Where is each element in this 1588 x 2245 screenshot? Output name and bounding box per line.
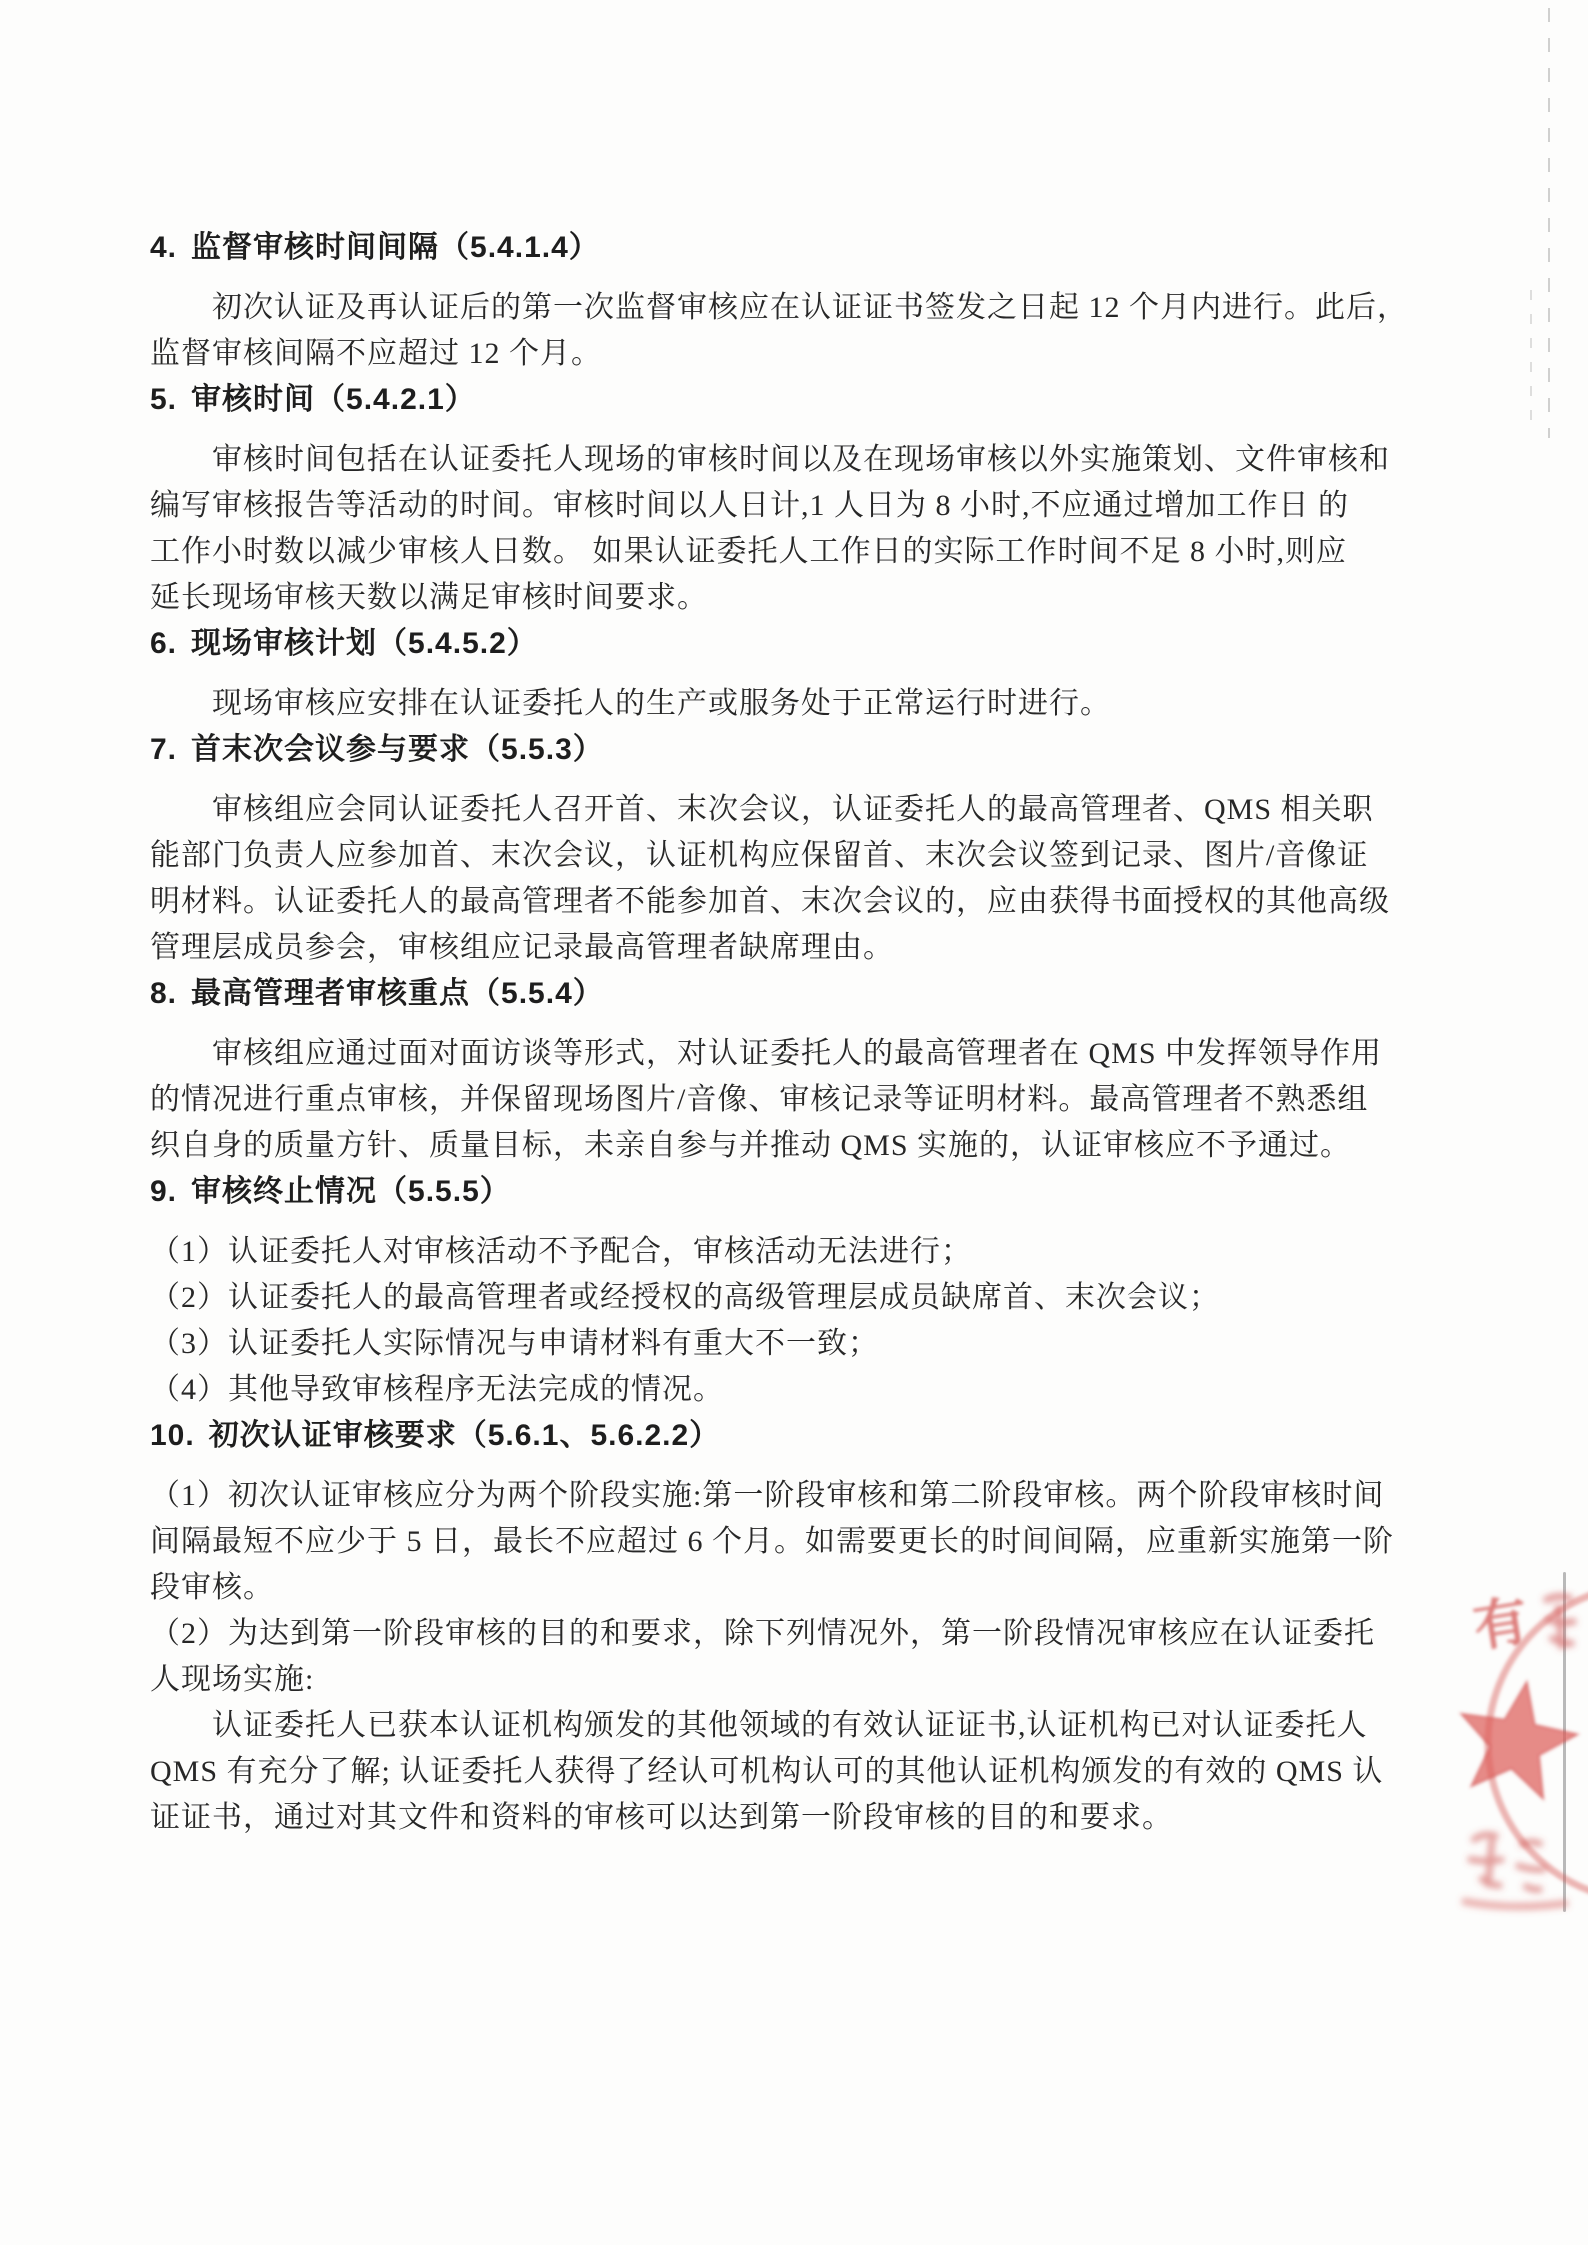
section-title: 监督审核时间间隔（5.4.1.4） bbox=[191, 231, 600, 264]
text-line: 明材料。认证委托人的最高管理者不能参加首、末次会议的，应由获得书面授权的其他高级 bbox=[150, 879, 1428, 925]
text-line: （2）为达到第一阶段审核的目的和要求，除下列情况外，第一阶段情况审核应在认证委托 bbox=[150, 1611, 1428, 1657]
section-heading: 8.最高管理者审核重点（5.5.4） bbox=[150, 971, 1428, 1017]
section: 9.审核终止情况（5.5.5）（1）认证委托人对审核活动不予配合，审核活动无法进… bbox=[150, 1169, 1428, 1413]
text-line: 审核组应会同认证委托人召开首、末次会议，认证委托人的最高管理者、QMS 相关职 bbox=[150, 787, 1428, 833]
section: 10.初次认证审核要求（5.6.1、5.6.2.2）（1）初次认证审核应分为两个… bbox=[150, 1413, 1428, 1841]
text-line: 证证书，通过对其文件和资料的审核可以达到第一阶段审核的目的和要求。 bbox=[150, 1795, 1428, 1841]
text-line: 人现场实施: bbox=[150, 1657, 1428, 1703]
text-line: 认证委托人已获本认证机构颁发的其他领域的有效认证证书,认证机构已对认证委托人 bbox=[150, 1703, 1428, 1749]
text-line: （4）其他导致审核程序无法完成的情况。 bbox=[150, 1367, 1428, 1413]
section: 5.审核时间（5.4.2.1）审核时间包括在认证委托人现场的审核时间以及在现场审… bbox=[150, 377, 1428, 621]
text-line: 工作小时数以减少审核人日数。 如果认证委托人工作日的实际工作时间不足 8 小时,… bbox=[150, 529, 1428, 575]
text-line: 间隔最短不应少于 5 日，最长不应超过 6 个月。如需要更长的时间间隔，应重新实… bbox=[150, 1519, 1428, 1565]
section: 6.现场审核计划（5.4.5.2）现场审核应安排在认证委托人的生产或服务处于正常… bbox=[150, 621, 1428, 727]
section-number: 4. bbox=[150, 225, 177, 271]
section-title: 现场审核计划（5.4.5.2） bbox=[191, 627, 538, 660]
section-title: 首末次会议参与要求（5.5.3） bbox=[191, 733, 604, 766]
text-line: 管理层成员参会，审核组应记录最高管理者缺席理由。 bbox=[150, 925, 1428, 971]
section-heading: 9.审核终止情况（5.5.5） bbox=[150, 1169, 1428, 1215]
section-heading: 7.首末次会议参与要求（5.5.3） bbox=[150, 727, 1428, 773]
section-title: 审核时间（5.4.2.1） bbox=[191, 383, 476, 416]
section: 8.最高管理者审核重点（5.5.4）审核组应通过面对面访谈等形式，对认证委托人的… bbox=[150, 971, 1428, 1169]
text-line: 审核时间包括在认证委托人现场的审核时间以及在现场审核以外实施策划、文件审核和 bbox=[150, 437, 1428, 483]
text-line: （2）认证委托人的最高管理者或经授权的高级管理层成员缺席首、末次会议； bbox=[150, 1275, 1428, 1321]
section-title: 最高管理者审核重点（5.5.4） bbox=[191, 977, 604, 1010]
text-line: （1）认证委托人对审核活动不予配合，审核活动无法进行； bbox=[150, 1229, 1428, 1275]
text-line: 现场审核应安排在认证委托人的生产或服务处于正常运行时进行。 bbox=[150, 681, 1428, 727]
text-line: 延长现场审核天数以满足审核时间要求。 bbox=[150, 575, 1428, 621]
section-title: 审核终止情况（5.5.5） bbox=[191, 1175, 511, 1208]
document-content: 4.监督审核时间间隔（5.4.1.4）初次认证及再认证后的第一次监督审核应在认证… bbox=[0, 0, 1588, 1841]
section-heading: 5.审核时间（5.4.2.1） bbox=[150, 377, 1428, 423]
section-heading: 6.现场审核计划（5.4.5.2） bbox=[150, 621, 1428, 667]
section-heading: 4.监督审核时间间隔（5.4.1.4） bbox=[150, 225, 1428, 271]
text-line: 审核组应通过面对面访谈等形式，对认证委托人的最高管理者在 QMS 中发挥领导作用 bbox=[150, 1031, 1428, 1077]
text-line: 织自身的质量方针、质量目标，未亲自参与并推动 QMS 实施的，认证审核应不予通过… bbox=[150, 1123, 1428, 1169]
section-number: 7. bbox=[150, 727, 177, 773]
text-line: （3）认证委托人实际情况与申请材料有重大不一致； bbox=[150, 1321, 1428, 1367]
section: 4.监督审核时间间隔（5.4.1.4）初次认证及再认证后的第一次监督审核应在认证… bbox=[150, 225, 1428, 377]
text-line: 初次认证及再认证后的第一次监督审核应在认证证书签发之日起 12 个月内进行。此后… bbox=[150, 285, 1428, 331]
text-line: （1）初次认证审核应分为两个阶段实施:第一阶段审核和第二阶段审核。两个阶段审核时… bbox=[150, 1473, 1428, 1519]
scanned-page: 4.监督审核时间间隔（5.4.1.4）初次认证及再认证后的第一次监督审核应在认证… bbox=[0, 0, 1588, 2245]
section-number: 6. bbox=[150, 621, 177, 667]
section-heading: 10.初次认证审核要求（5.6.1、5.6.2.2） bbox=[150, 1413, 1428, 1459]
text-line: 监督审核间隔不应超过 12 个月。 bbox=[150, 331, 1428, 377]
text-line: 能部门负责人应参加首、末次会议，认证机构应保留首、末次会议签到记录、图片/音像证 bbox=[150, 833, 1428, 879]
text-line: 段审核。 bbox=[150, 1565, 1428, 1611]
section-title: 初次认证审核要求（5.6.1、5.6.2.2） bbox=[209, 1419, 720, 1452]
text-line: QMS 有充分了解; 认证委托人获得了经认可机构认可的其他认证机构颁发的有效的 … bbox=[150, 1749, 1428, 1795]
section-number: 5. bbox=[150, 377, 177, 423]
stamp-smudge-bottom bbox=[1462, 1835, 1568, 1907]
section: 7.首末次会议参与要求（5.5.3）审核组应会同认证委托人召开首、末次会议，认证… bbox=[150, 727, 1428, 971]
text-line: 编写审核报告等活动的时间。审核时间以人日计,1 人日为 8 小时,不应通过增加工… bbox=[150, 483, 1428, 529]
section-number: 10. bbox=[150, 1413, 195, 1459]
section-number: 8. bbox=[150, 971, 177, 1017]
section-number: 9. bbox=[150, 1169, 177, 1215]
text-line: 的情况进行重点审核，并保留现场图片/音像、审核记录等证明材料。最高管理者不熟悉组 bbox=[150, 1077, 1428, 1123]
